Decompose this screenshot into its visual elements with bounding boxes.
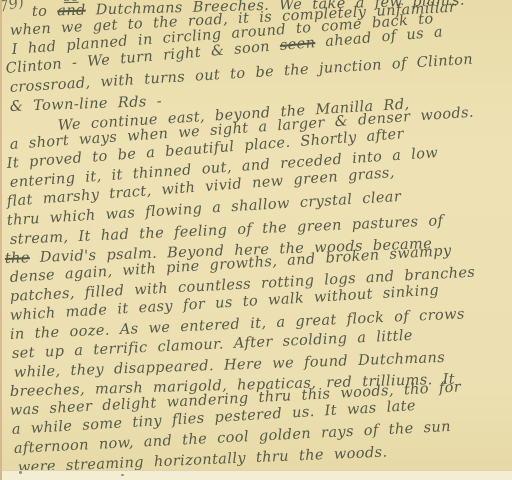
- text-segment: to: [32, 3, 58, 20]
- journal-page: 79) to andbe Dutchmans Breeches. We take…: [0, 0, 512, 480]
- page-bottom-edge: [2, 470, 512, 480]
- inserted-word: be: [64, 0, 79, 3]
- ink-speck: [19, 471, 22, 474]
- struck-word: seen: [279, 35, 316, 54]
- struck-word: the: [5, 250, 30, 267]
- ink-speck: [121, 474, 124, 476]
- handwriting-block: to andbe Dutchmans Breeches. We take a f…: [2, 3, 512, 478]
